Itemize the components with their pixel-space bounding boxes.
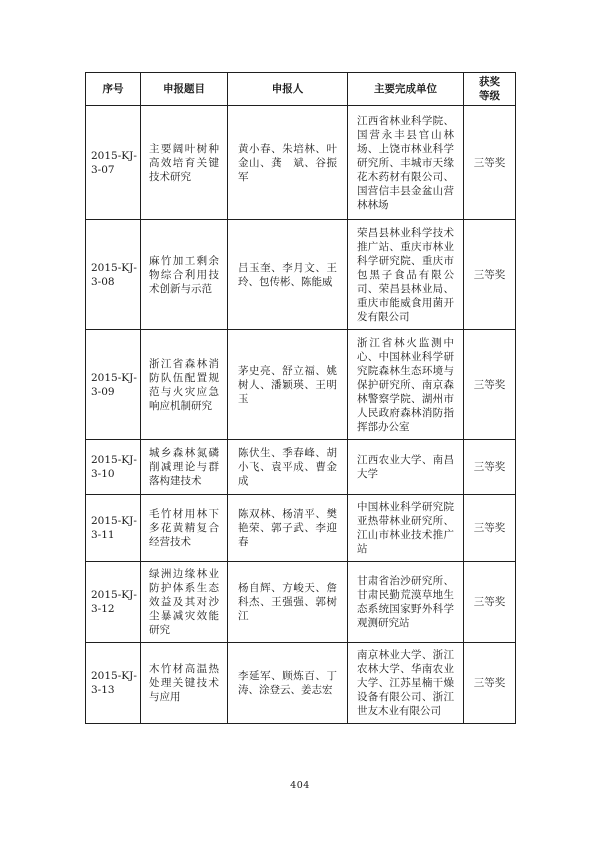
serial-number-cell: 2015-KJ-3-10 xyxy=(86,440,141,495)
award-cell: 三等奖 xyxy=(464,106,516,220)
title-cell: 城乡森林氮磷削减理论与群落构建技术 xyxy=(141,440,228,495)
units-cell: 江西省林业科学院、国营永丰县官山林场、上饶市林业科学研究所、丰城市天缘花木药材有… xyxy=(348,106,464,220)
applicants-cell: 陈双林、杨清平、樊艳荣、郭子武、李迎春 xyxy=(228,495,348,562)
page-number: 404 xyxy=(0,780,600,791)
units-cell: 荣昌县林业科学技术推广站、重庆市林业科学研究院、重庆市包黑子食品有限公司、荣昌县… xyxy=(348,220,464,330)
units-cell: 甘肃省治沙研究所、甘肃民勤荒漠草地生态系统国家野外科学观测研究站 xyxy=(348,562,464,643)
serial-number-cell: 2015-KJ-3-13 xyxy=(86,643,141,724)
units-cell: 中国林业科学研究院亚热带林业研究所、江山市林业技术推广站 xyxy=(348,495,464,562)
applicants-cell: 李延军、顾炼百、丁涛、涂登云、姜志宏 xyxy=(228,643,348,724)
applicants-cell: 吕玉奎、李月文、王玲、包传彬、陈能威 xyxy=(228,220,348,330)
table-header-row: 序号 申报题目 申报人 主要完成单位 获奖等级 xyxy=(86,73,516,106)
title-cell: 主要阔叶树种高效培育关键技术研究 xyxy=(141,106,228,220)
header-units: 主要完成单位 xyxy=(348,73,464,106)
table-row: 2015-KJ-3-09 浙江省森林消防队伍配置规范与火灾应急响应机制研究 茅史… xyxy=(86,330,516,440)
serial-number-cell: 2015-KJ-3-09 xyxy=(86,330,141,440)
applicants-cell: 杨自辉、方峻天、詹科杰、王强强、郭树江 xyxy=(228,562,348,643)
award-cell: 三等奖 xyxy=(464,330,516,440)
award-cell: 三等奖 xyxy=(464,220,516,330)
header-award-label: 获奖等级 xyxy=(478,75,501,103)
table-row: 2015-KJ-3-08 麻竹加工剩余物综合利用技术创新与示范 吕玉奎、李月文、… xyxy=(86,220,516,330)
award-cell: 三等奖 xyxy=(464,562,516,643)
award-cell: 三等奖 xyxy=(464,643,516,724)
title-cell: 麻竹加工剩余物综合利用技术创新与示范 xyxy=(141,220,228,330)
header-award: 获奖等级 xyxy=(464,73,516,106)
award-cell: 三等奖 xyxy=(464,495,516,562)
table-row: 2015-KJ-3-07 主要阔叶树种高效培育关键技术研究 黄小春、朱培林、叶金… xyxy=(86,106,516,220)
applicants-cell: 黄小春、朱培林、叶金山、龚 斌、谷振军 xyxy=(228,106,348,220)
document-page: 序号 申报题目 申报人 主要完成单位 获奖等级 2015-KJ-3-07 主要阔… xyxy=(0,0,600,848)
applicants-cell: 茅史亮、舒立福、姚树人、潘颖瑛、王明玉 xyxy=(228,330,348,440)
title-cell: 木竹材高温热处理关键技术与应用 xyxy=(141,643,228,724)
table-row: 2015-KJ-3-10 城乡森林氮磷削减理论与群落构建技术 陈伏生、季春峰、胡… xyxy=(86,440,516,495)
header-title: 申报题目 xyxy=(141,73,228,106)
header-serial: 序号 xyxy=(86,73,141,106)
units-cell: 江西农业大学、南昌大学 xyxy=(348,440,464,495)
title-cell: 绿洲边缘林业防护体系生态效益及其对沙尘暴减灾效能研究 xyxy=(141,562,228,643)
serial-number-cell: 2015-KJ-3-12 xyxy=(86,562,141,643)
title-cell: 毛竹材用林下多花黄精复合经营技术 xyxy=(141,495,228,562)
title-cell: 浙江省森林消防队伍配置规范与火灾应急响应机制研究 xyxy=(141,330,228,440)
serial-number-cell: 2015-KJ-3-11 xyxy=(86,495,141,562)
serial-number-cell: 2015-KJ-3-07 xyxy=(86,106,141,220)
award-cell: 三等奖 xyxy=(464,440,516,495)
table-row: 2015-KJ-3-11 毛竹材用林下多花黄精复合经营技术 陈双林、杨清平、樊艳… xyxy=(86,495,516,562)
serial-number-cell: 2015-KJ-3-08 xyxy=(86,220,141,330)
table-row: 2015-KJ-3-13 木竹材高温热处理关键技术与应用 李延军、顾炼百、丁涛、… xyxy=(86,643,516,724)
header-applicants: 申报人 xyxy=(228,73,348,106)
applicants-cell: 陈伏生、季春峰、胡小飞、袁平成、曹金成 xyxy=(228,440,348,495)
awards-table: 序号 申报题目 申报人 主要完成单位 获奖等级 2015-KJ-3-07 主要阔… xyxy=(85,72,516,724)
table-row: 2015-KJ-3-12 绿洲边缘林业防护体系生态效益及其对沙尘暴减灾效能研究 … xyxy=(86,562,516,643)
units-cell: 浙江省林火监测中心、中国林业科学研究院森林生态环境与保护研究所、南京森林警察学院… xyxy=(348,330,464,440)
units-cell: 南京林业大学、浙江农林大学、华南农业大学、江苏星楠干燥设备有限公司、浙江世友木业… xyxy=(348,643,464,724)
